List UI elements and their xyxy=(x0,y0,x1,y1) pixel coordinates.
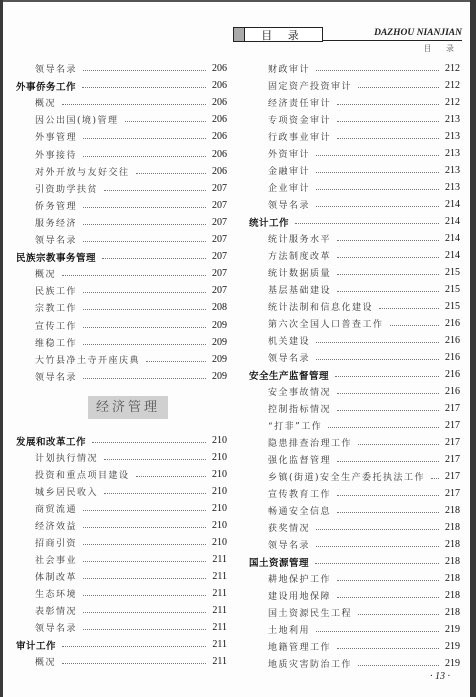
toc-entry[interactable]: 体制改革211 xyxy=(16,568,227,585)
dot-leader xyxy=(104,493,206,494)
toc-entry-page: 212 xyxy=(443,80,460,91)
dot-leader xyxy=(337,648,439,649)
toc-entry-label: 第六次全国人口普查工作 xyxy=(249,317,384,330)
toc-entry-page: 212 xyxy=(443,97,460,108)
toc-entry-page: 207 xyxy=(210,217,227,228)
toc-entry[interactable]: 领导名录206 xyxy=(16,60,227,77)
toc-entry-page: 212 xyxy=(443,63,460,74)
dot-leader xyxy=(83,224,206,225)
toc-entry[interactable]: 计划执行情况210 xyxy=(16,449,227,466)
toc-entry[interactable]: 侨务管理207 xyxy=(16,197,227,214)
toc-entry-label: 大竹县净土寺开座庆典 xyxy=(16,353,140,366)
toc-entry-page: 218 xyxy=(443,539,460,550)
toc-entry[interactable]: 城乡居民收入210 xyxy=(16,483,227,500)
toc-entry-page: 218 xyxy=(443,505,460,516)
dot-leader xyxy=(83,241,206,242)
toc-entry-label: 表彰情况 xyxy=(16,604,77,617)
toc-entry-page: 210 xyxy=(210,537,227,548)
dot-leader xyxy=(83,561,206,562)
dot-leader xyxy=(104,459,206,460)
page-right-edge xyxy=(470,0,476,697)
toc-entry[interactable]: 机关建设216 xyxy=(249,332,460,349)
dot-leader xyxy=(136,476,206,477)
toc-entry-label: 财政审计 xyxy=(249,62,310,75)
toc-entry-page: 207 xyxy=(210,268,227,279)
toc-entry-label: 外事接待 xyxy=(16,148,77,161)
toc-entry[interactable]: 宣传教育工作217 xyxy=(249,485,460,502)
toc-entry-label: 地籍管理工作 xyxy=(249,640,331,653)
toc-entry-page: 213 xyxy=(443,114,460,125)
toc-entry-page: 213 xyxy=(443,148,460,159)
toc-entry-label: 控制指标情况 xyxy=(249,402,331,415)
toc-entry[interactable]: 国土资源民生工程218 xyxy=(249,604,460,621)
toc-entry-label: 体制改革 xyxy=(16,570,77,583)
dot-leader xyxy=(316,359,439,360)
toc-entry[interactable]: 社会事业211 xyxy=(16,551,227,568)
toc-entry[interactable]: 方法制度改革214 xyxy=(249,247,460,264)
toc-entry-page: 207 xyxy=(210,183,227,194)
dot-leader xyxy=(83,344,206,345)
toc-entry[interactable]: “打非”工作217 xyxy=(249,417,460,434)
toc-entry-page: 206 xyxy=(210,166,227,177)
toc-entry-label: 国土资源民生工程 xyxy=(249,606,352,619)
toc-entry-page: 215 xyxy=(443,267,460,278)
toc-entry-label: 固定资产投资审计 xyxy=(249,79,352,92)
toc-entry-page: 213 xyxy=(443,131,460,142)
toc-entry-page: 214 xyxy=(443,233,460,244)
toc-entry-page: 214 xyxy=(443,199,460,210)
dot-leader xyxy=(316,155,439,156)
page-number: · 13 · xyxy=(420,671,460,682)
toc-entry-page: 206 xyxy=(210,131,227,142)
dot-leader xyxy=(358,665,439,666)
toc-entry-page: 206 xyxy=(210,63,227,74)
toc-entry-label: 统计法制和信息化建设 xyxy=(249,300,373,313)
toc-entry-page: 209 xyxy=(210,371,227,382)
toc-entry-label: 民族工作 xyxy=(16,284,77,297)
toc-entry-label: 强化监督管理 xyxy=(249,453,331,466)
toc-entry-page: 209 xyxy=(210,354,227,365)
dot-leader xyxy=(102,258,206,259)
toc-entry[interactable]: 服务经济207 xyxy=(16,214,227,231)
toc-entry-page: 210 xyxy=(210,435,227,446)
toc-entry-label: 对外开放与友好交往 xyxy=(16,165,130,178)
toc-entry-page: 216 xyxy=(443,386,460,397)
toc-entry-page: 210 xyxy=(210,452,227,463)
toc-entry-page: 216 xyxy=(443,352,460,363)
dot-leader xyxy=(83,527,206,528)
toc-entry-label: 国土资源管理 xyxy=(249,555,309,569)
toc-entry[interactable]: 招商引资210 xyxy=(16,534,227,551)
header-rule xyxy=(322,40,462,41)
toc-entry-page: 217 xyxy=(443,488,460,499)
toc-entry[interactable]: 外资审计213 xyxy=(249,145,460,162)
toc-entry-label: 乡镇(街道)安全生产委托执法工作 xyxy=(249,470,425,483)
dot-leader xyxy=(337,274,439,275)
toc-entry-page: 216 xyxy=(443,335,460,346)
toc-entry-label: 外资审计 xyxy=(249,147,310,160)
toc-entry[interactable]: 领导名录211 xyxy=(16,619,227,636)
toc-entry[interactable]: 大竹县净土寺开座庆典209 xyxy=(16,351,227,368)
dot-leader xyxy=(358,444,439,445)
dot-leader xyxy=(337,495,439,496)
dot-leader xyxy=(337,104,439,105)
dot-leader xyxy=(316,189,439,190)
dot-leader xyxy=(83,629,206,630)
toc-entry-page: 219 xyxy=(443,658,460,669)
toc-entry-label: 外事管理 xyxy=(16,130,77,143)
toc-entry-page: 210 xyxy=(210,469,227,480)
toc-entry-label: 招商引资 xyxy=(16,536,77,549)
toc-entry-page: 217 xyxy=(443,403,460,414)
toc-entry-page: 218 xyxy=(443,573,460,584)
dot-leader xyxy=(337,580,439,581)
toc-entry-page: 217 xyxy=(443,437,460,448)
dot-leader xyxy=(136,173,206,174)
toc-entry-label: 经济责任审计 xyxy=(249,96,331,109)
toc-entry-label: 领导名录 xyxy=(16,370,77,383)
toc-entry[interactable]: 耕地保护工作218 xyxy=(249,570,460,587)
journal-name: DAZHOU NIANJIAN xyxy=(328,28,462,38)
toc-entry[interactable]: 基层基础建设215 xyxy=(249,281,460,298)
toc-entry[interactable]: 专项资金审计213 xyxy=(249,111,460,128)
dot-leader xyxy=(328,427,439,428)
toc-entry-label: 审计工作 xyxy=(16,638,56,652)
toc-entry-label: 概况 xyxy=(16,655,56,668)
dot-leader xyxy=(83,138,206,139)
toc-entry[interactable]: 领导名录207 xyxy=(16,231,227,248)
toc-entry-label: 城乡居民收入 xyxy=(16,485,98,498)
toc-section-heading[interactable]: 统计工作214 xyxy=(249,213,460,230)
dot-leader xyxy=(337,240,439,241)
toc-entry-page: 211 xyxy=(210,571,227,582)
toc-entry-label: 统计数据质量 xyxy=(249,266,331,279)
toc-entry-label: 领导名录 xyxy=(16,621,77,634)
toc-entry-label: 商贸流通 xyxy=(16,502,77,515)
toc-entry[interactable]: 概况211 xyxy=(16,653,227,670)
toc-entry[interactable]: 乡镇(街道)安全生产委托执法工作217 xyxy=(249,468,460,485)
toc-entry[interactable]: 领导名录218 xyxy=(249,536,460,553)
dot-leader xyxy=(62,663,206,664)
toc-entry[interactable]: 地籍管理工作219 xyxy=(249,638,460,655)
toc-entry-label: 概况 xyxy=(16,96,56,109)
toc-entry[interactable]: 行政事业审计213 xyxy=(249,128,460,145)
dot-leader xyxy=(316,70,439,71)
toc-entry-label: 宣传工作 xyxy=(16,319,77,332)
toc-entry-label: 发展和改革工作 xyxy=(16,434,86,448)
toc-entry-label: 侨务管理 xyxy=(16,199,77,212)
dot-leader xyxy=(316,206,439,207)
dot-leader xyxy=(83,70,206,71)
toc-entry-label: “打非”工作 xyxy=(249,419,322,432)
toc-entry[interactable]: 外事接待206 xyxy=(16,146,227,163)
dot-leader xyxy=(316,529,439,530)
toc-entry-page: 210 xyxy=(210,486,227,497)
toc-entry-page: 211 xyxy=(210,622,227,633)
dot-leader xyxy=(379,308,439,309)
toc-entry[interactable]: 投资和重点项目建设210 xyxy=(16,466,227,483)
toc-entry-page: 207 xyxy=(210,234,227,245)
toc-entry[interactable]: 经济效益210 xyxy=(16,517,227,534)
toc-entry[interactable]: 生态环境211 xyxy=(16,585,227,602)
toc-entry-label: 机关建设 xyxy=(249,334,310,347)
toc-entry[interactable]: 统计数据质量215 xyxy=(249,264,460,281)
toc-entry-page: 211 xyxy=(210,639,227,650)
dot-leader xyxy=(315,563,439,564)
toc-entry-label: 因公出国(境)管理 xyxy=(16,113,119,126)
dot-leader xyxy=(316,631,439,632)
toc-entry-label: 外事侨务工作 xyxy=(16,79,76,93)
dot-leader xyxy=(337,512,439,513)
toc-entry[interactable]: 土地利用219 xyxy=(249,621,460,638)
toc-entry[interactable]: 安全事故情况216 xyxy=(249,383,460,400)
toc-entry[interactable]: 隐患排查治理工作217 xyxy=(249,434,460,451)
dot-leader xyxy=(337,597,439,598)
toc-entry[interactable]: 经济责任审计212 xyxy=(249,94,460,111)
toc-entry-label: 耕地保护工作 xyxy=(249,572,331,585)
dot-leader xyxy=(337,393,439,394)
toc-entry-page: 211 xyxy=(210,605,227,616)
toc-entry[interactable]: 获奖情况218 xyxy=(249,519,460,536)
toc-entry-label: 基层基础建设 xyxy=(249,283,331,296)
toc-section-heading[interactable]: 外事侨务工作206 xyxy=(16,77,227,94)
toc-entry-page: 207 xyxy=(210,285,227,296)
toc-entry-label: 领导名录 xyxy=(249,351,310,364)
dot-leader xyxy=(335,376,439,377)
dot-leader xyxy=(83,309,206,310)
toc-entry[interactable]: 因公出国(境)管理206 xyxy=(16,111,227,128)
dot-leader xyxy=(83,327,206,328)
dot-leader xyxy=(83,544,206,545)
toc-entry[interactable]: 统计法制和信息化建设215 xyxy=(249,298,460,315)
toc-entry[interactable]: 维稳工作209 xyxy=(16,334,227,351)
dot-leader xyxy=(83,292,206,293)
dot-leader xyxy=(83,207,206,208)
toc-entry-label: 投资和重点项目建设 xyxy=(16,468,130,481)
toc-entry-label: 计划执行情况 xyxy=(16,451,98,464)
toc-entry-page: 206 xyxy=(210,114,227,125)
toc-entry-label: 统计工作 xyxy=(249,215,289,229)
dot-leader xyxy=(431,478,439,479)
toc-entry-page: 213 xyxy=(443,165,460,176)
toc-entry[interactable]: 畅通安全信息218 xyxy=(249,502,460,519)
dot-leader xyxy=(337,291,439,292)
toc-entry-label: 概况 xyxy=(16,267,56,280)
toc-entry-page: 218 xyxy=(443,522,460,533)
page-left-edge xyxy=(0,0,3,697)
toc-entry-label: 建设用地保障 xyxy=(249,589,331,602)
toc-entry[interactable]: 表彰情况211 xyxy=(16,602,227,619)
toc-entry[interactable]: 宗教工作208 xyxy=(16,299,227,316)
toc-entry[interactable]: 概况207 xyxy=(16,265,227,282)
toc-entry-page: 214 xyxy=(443,216,460,227)
toc-entry-page: 210 xyxy=(210,503,227,514)
toc-entry-label: 安全生产监督管理 xyxy=(249,368,329,382)
dot-leader xyxy=(82,87,206,88)
toc-entry[interactable]: 商贸流通210 xyxy=(16,500,227,517)
toc-entry-page: 209 xyxy=(210,337,227,348)
toc-entry-label: 服务经济 xyxy=(16,216,77,229)
toc-entry-label: 宗教工作 xyxy=(16,301,77,314)
toc-entry-label: 引资助学扶贫 xyxy=(16,182,98,195)
dot-leader xyxy=(62,646,206,647)
toc-entry-label: 经济效益 xyxy=(16,519,77,532)
dot-leader xyxy=(83,595,206,596)
toc-section-heading[interactable]: 民族宗教事务管理207 xyxy=(16,248,227,265)
dot-leader xyxy=(358,614,439,615)
toc-section-heading[interactable]: 发展和改革工作210 xyxy=(16,432,227,449)
toc-entry[interactable]: 固定资产投资审计212 xyxy=(249,77,460,94)
toc-entry-page: 210 xyxy=(210,520,227,531)
toc-entry[interactable]: 企业审计213 xyxy=(249,179,460,196)
toc-entry-label: 社会事业 xyxy=(16,553,77,566)
toc-entry-label: 金融审计 xyxy=(249,164,310,177)
toc-entry-label: 专项资金审计 xyxy=(249,113,331,126)
dot-leader xyxy=(337,121,439,122)
toc-entry[interactable]: 民族工作207 xyxy=(16,282,227,299)
dot-leader xyxy=(295,223,439,224)
dot-leader xyxy=(83,510,206,511)
toc-entry[interactable]: 金融审计213 xyxy=(249,162,460,179)
dot-leader xyxy=(83,156,206,157)
toc-entry-label: 领导名录 xyxy=(249,198,310,211)
toc-entry-page: 211 xyxy=(210,554,227,565)
dot-leader xyxy=(337,410,439,411)
dot-leader xyxy=(337,257,439,258)
header-title-box: 目 录 xyxy=(233,27,323,42)
toc-entry-label: 生态环境 xyxy=(16,587,77,600)
toc-entry-label: 获奖情况 xyxy=(249,521,310,534)
toc-entry-page: 211 xyxy=(210,656,227,667)
dot-leader xyxy=(92,442,206,443)
dot-leader xyxy=(83,578,206,579)
toc-entry[interactable]: 地质灾害防治工作219 xyxy=(249,655,460,672)
toc-entry-page: 219 xyxy=(443,624,460,635)
toc-entry[interactable]: 第六次全国人口普查工作216 xyxy=(249,315,460,332)
toc-entry-page: 215 xyxy=(443,301,460,312)
toc-entry-page: 215 xyxy=(443,284,460,295)
toc-entry-page: 218 xyxy=(443,607,460,618)
dot-leader xyxy=(146,361,206,362)
dot-leader xyxy=(83,612,206,613)
toc-entry-page: 207 xyxy=(210,200,227,211)
toc-entry-label: 领导名录 xyxy=(16,233,77,246)
dot-leader xyxy=(316,342,439,343)
toc-entry-page: 207 xyxy=(210,251,227,262)
toc-entry-label: 统计服务水平 xyxy=(249,232,331,245)
toc-entry-label: 隐患排查治理工作 xyxy=(249,436,352,449)
toc-entry-label: 宣传教育工作 xyxy=(249,487,331,500)
toc-entry-label: 畅通安全信息 xyxy=(249,504,331,517)
toc-entry-page: 219 xyxy=(443,641,460,652)
toc-entry-label: 领导名录 xyxy=(249,538,310,551)
toc-entry-page: 218 xyxy=(443,556,460,567)
toc-entry-page: 218 xyxy=(443,590,460,601)
toc-entry[interactable]: 强化监督管理217 xyxy=(249,451,460,468)
toc-entry-page: 216 xyxy=(443,369,460,380)
toc-entry[interactable]: 财政审计212 xyxy=(249,60,460,77)
toc-entry-page: 211 xyxy=(210,588,227,599)
toc-entry-page: 216 xyxy=(443,318,460,329)
toc-entry-page: 206 xyxy=(210,149,227,160)
toc-entry[interactable]: 概况206 xyxy=(16,94,227,111)
header-subtitle: 目 录 xyxy=(400,43,460,54)
toc-entry-page: 217 xyxy=(443,471,460,482)
dot-leader xyxy=(83,378,206,379)
toc-section-heading[interactable]: 国土资源管理218 xyxy=(249,553,460,570)
toc-entry[interactable]: 对外开放与友好交往206 xyxy=(16,163,227,180)
dot-leader xyxy=(125,121,206,122)
page-top-edge xyxy=(0,0,476,2)
toc-entry[interactable]: 外事管理206 xyxy=(16,128,227,145)
toc-entry[interactable]: 建设用地保障218 xyxy=(249,587,460,604)
toc-entry-label: 行政事业审计 xyxy=(249,130,331,143)
toc-entry-label: 土地利用 xyxy=(249,623,310,636)
toc-entry[interactable]: 领导名录216 xyxy=(249,349,460,366)
toc-entry-page: 213 xyxy=(443,182,460,193)
toc-entry-label: 安全事故情况 xyxy=(249,385,331,398)
dot-leader xyxy=(337,461,439,462)
dot-leader xyxy=(358,87,439,88)
toc-section-heading[interactable]: 审计工作211 xyxy=(16,636,227,653)
toc-entry-label: 维稳工作 xyxy=(16,336,77,349)
toc-entry-label: 地质灾害防治工作 xyxy=(249,657,352,670)
toc-section-heading[interactable]: 安全生产监督管理216 xyxy=(249,366,460,383)
toc-entry[interactable]: 统计服务水平214 xyxy=(249,230,460,247)
toc-entry[interactable]: 引资助学扶贫207 xyxy=(16,180,227,197)
dot-leader xyxy=(337,138,439,139)
dot-leader xyxy=(390,325,439,326)
toc-entry[interactable]: 控制指标情况217 xyxy=(249,400,460,417)
toc-entry-page: 217 xyxy=(443,420,460,431)
dot-leader xyxy=(62,104,206,105)
toc-entry[interactable]: 领导名录214 xyxy=(249,196,460,213)
toc-entry-label: 企业审计 xyxy=(249,181,310,194)
section-title-economic-management: 经济管理 xyxy=(88,396,168,419)
dot-leader xyxy=(316,546,439,547)
toc-entry-page: 214 xyxy=(443,250,460,261)
toc-entry-page: 217 xyxy=(443,454,460,465)
dot-leader xyxy=(104,190,206,191)
dot-leader xyxy=(62,275,206,276)
header-title: 目 录 xyxy=(244,27,322,43)
toc-entry-label: 方法制度改革 xyxy=(249,249,331,262)
toc-entry[interactable]: 宣传工作209 xyxy=(16,317,227,334)
toc-entry-page: 209 xyxy=(210,320,227,331)
toc-entry-page: 206 xyxy=(210,97,227,108)
toc-entry-label: 民族宗教事务管理 xyxy=(16,250,96,264)
dot-leader xyxy=(316,172,439,173)
toc-entry-page: 206 xyxy=(210,80,227,91)
toc-entry-page: 208 xyxy=(210,302,227,313)
toc-entry[interactable]: 领导名录209 xyxy=(16,368,227,385)
toc-entry-label: 领导名录 xyxy=(16,62,77,75)
